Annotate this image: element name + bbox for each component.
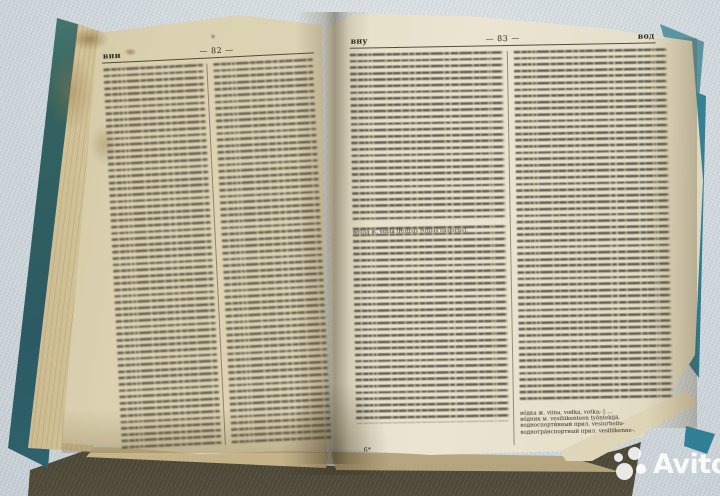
- left-page-columns: [103, 58, 331, 450]
- right-page-column-2: во́дка ж. viina, vodka, votka; ◊ … во́дн…: [507, 48, 674, 445]
- avito-logo-circle: [628, 447, 641, 460]
- left-guide-word: вни: [103, 51, 121, 61]
- printers-signature-mark: 6*: [364, 438, 374, 446]
- right-page-columns: во́бла ж. vobla (Rutilus rutilus caspicu…: [350, 48, 663, 447]
- right-guide-word-right: вод: [638, 31, 655, 40]
- left-page-number: — 82 —: [199, 45, 234, 56]
- paper-speck: [210, 34, 216, 39]
- left-page-content: вни — 82 —: [93, 11, 342, 462]
- dense-text-block: [514, 48, 673, 403]
- dense-text-block: [350, 51, 506, 222]
- avito-logo-circle: [616, 463, 633, 480]
- right-guide-word-left: вну: [350, 36, 367, 45]
- dense-text-block: [103, 64, 222, 450]
- right-page-content: вну — 83 — вод во́бла ж. vobla (Rutilus …: [344, 9, 674, 463]
- avito-logo-circle: [614, 453, 623, 462]
- left-page-column-2: [206, 58, 332, 445]
- right-page-column-1: во́бла ж. vobla (Rutilus rutilus caspicu…: [350, 51, 514, 448]
- dense-text-block: [353, 225, 509, 424]
- dense-text-block: [213, 58, 332, 444]
- avito-watermark: Avito: [610, 446, 720, 483]
- book-photo: вни — 82 — вну — 83 — вод во́бла ж. vo: [0, 0, 720, 496]
- right-page-number: — 83 —: [485, 34, 519, 44]
- left-page-column-1: [103, 64, 225, 451]
- avito-logo-icon: [610, 446, 650, 483]
- avito-logo-circle: [636, 464, 646, 474]
- avito-watermark-text: Avito: [653, 451, 720, 478]
